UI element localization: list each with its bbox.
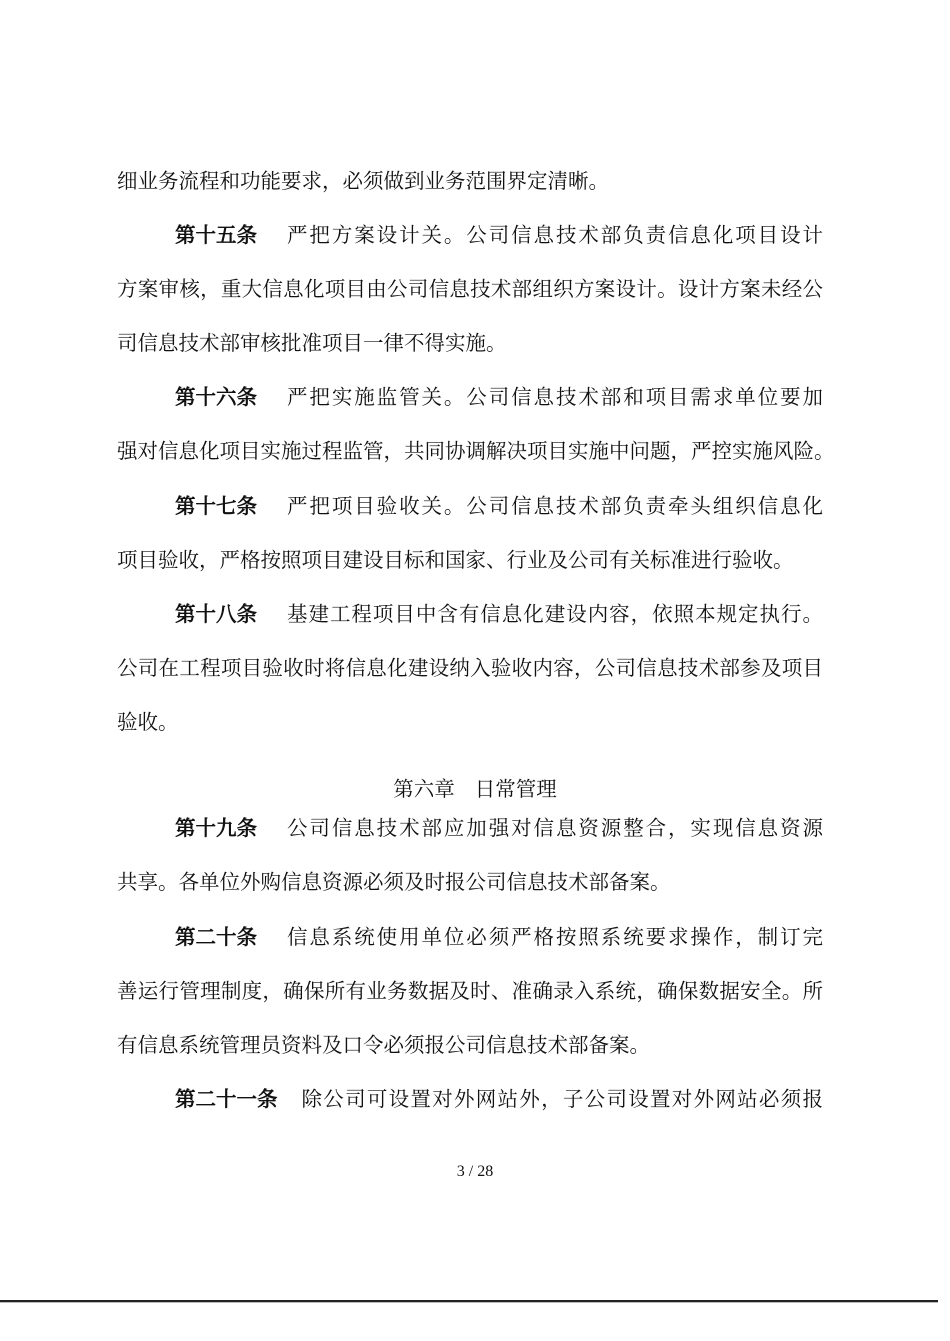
paragraph-line: 强对信息化项目实施过程监管，共同协调解决项目实施中问题，严控实施风险。 (117, 436, 823, 466)
article-16: 第十六条 严把实施监管关。公司信息技术部和项目需求单位要加 (175, 382, 823, 412)
article-text: 基建工程项目中含有信息化建设内容，依照本规定执行。 (287, 599, 823, 629)
article-number: 第十五条 (175, 220, 257, 250)
article-text: 信息系统使用单位必须严格按照系统要求操作，制订完 (287, 922, 823, 952)
article-number: 第十七条 (175, 491, 257, 521)
paragraph-line: 方案审核，重大信息化项目由公司信息技术部组织方案设计。设计方案未经公 (117, 274, 823, 304)
paragraph-line: 共享。各单位外购信息资源必须及时报公司信息技术部备案。 (117, 867, 823, 897)
page-divider (0, 1300, 938, 1303)
article-number: 第二十条 (175, 922, 257, 952)
article-text: 严把方案设计关。公司信息技术部负责信息化项目设计 (287, 220, 823, 250)
article-number: 第十九条 (175, 813, 257, 843)
article-text: 除公司可设置对外网站外，子公司设置对外网站必须报 (302, 1084, 824, 1114)
article-21: 第二十一条 除公司可设置对外网站外，子公司设置对外网站必须报 (175, 1084, 823, 1114)
article-text: 严把实施监管关。公司信息技术部和项目需求单位要加 (287, 382, 823, 412)
chapter-heading: 第六章日常管理 (0, 774, 950, 804)
paragraph-line: 公司在工程项目验收时将信息化建设纳入验收内容，公司信息技术部参及项目 (117, 653, 823, 683)
page-number: 3 / 28 (0, 1162, 950, 1182)
article-19: 第十九条 公司信息技术部应加强对信息资源整合，实现信息资源 (175, 813, 823, 843)
article-18: 第十八条 基建工程项目中含有信息化建设内容，依照本规定执行。 (175, 599, 823, 629)
paragraph-line: 项目验收，严格按照项目建设目标和国家、行业及公司有关标准进行验收。 (117, 545, 823, 575)
paragraph-line: 验收。 (117, 707, 823, 737)
article-number: 第十八条 (175, 599, 257, 629)
article-text: 公司信息技术部应加强对信息资源整合，实现信息资源 (287, 813, 823, 843)
chapter-title: 日常管理 (475, 777, 557, 801)
article-text: 严把项目验收关。公司信息技术部负责牵头组织信息化 (287, 491, 823, 521)
document-page: 细业务流程和功能要求，必须做到业务范围界定清晰。 第十五条 严把方案设计关。公司… (0, 0, 950, 1341)
article-number: 第十六条 (175, 382, 257, 412)
article-17: 第十七条 严把项目验收关。公司信息技术部负责牵头组织信息化 (175, 491, 823, 521)
chapter-number: 第六章 (393, 777, 455, 801)
paragraph-line: 善运行管理制度，确保所有业务数据及时、准确录入系统，确保数据安全。所 (117, 976, 823, 1006)
paragraph-line: 司信息技术部审核批准项目一律不得实施。 (117, 328, 823, 358)
article-number: 第二十一条 (175, 1084, 278, 1114)
article-20: 第二十条 信息系统使用单位必须严格按照系统要求操作，制订完 (175, 922, 823, 952)
paragraph-line: 细业务流程和功能要求，必须做到业务范围界定清晰。 (117, 166, 823, 196)
paragraph-line: 有信息系统管理员资料及口令必须报公司信息技术部备案。 (117, 1030, 823, 1060)
article-15: 第十五条 严把方案设计关。公司信息技术部负责信息化项目设计 (175, 220, 823, 250)
